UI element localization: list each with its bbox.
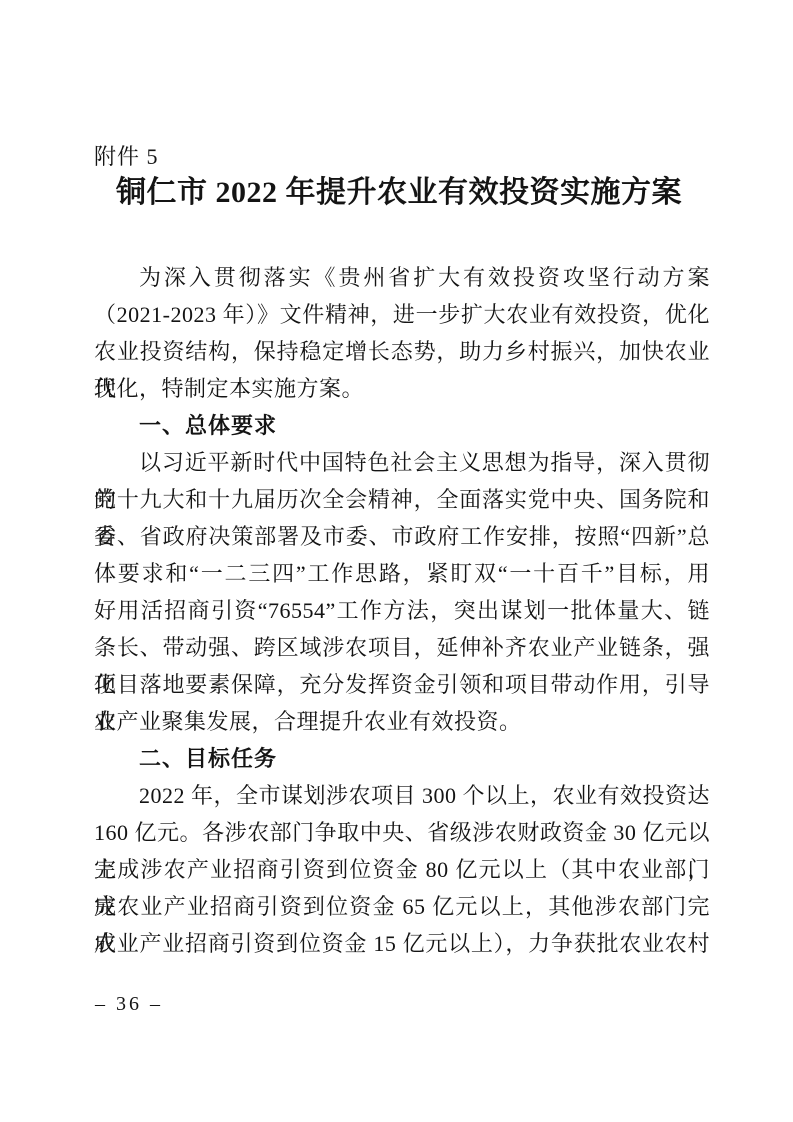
body-line: 委、省政府决策部署及市委、市政府工作安排，按照“四新”总 [94,518,710,555]
body-line: 以习近平新时代中国特色社会主义思想为指导，深入贯彻党 [94,444,710,481]
body-line: 项目落地要素保障，充分发挥资金引领和项目带动作用，引导农 [94,666,710,703]
body-line: 代化，特制定本实施方案。 [94,370,710,407]
body-line: 2022 年，全市谋划涉农项目 300 个以上，农业有效投资达 [94,777,710,814]
body-line: 好用活招商引资“76554”工作方法，突出谋划一批体量大、链 [94,592,710,629]
section-heading-2: 二、目标任务 [94,740,710,777]
body-line: 为深入贯彻落实《贵州省扩大有效投资攻坚行动方案 [94,259,710,296]
section-heading-1: 一、总体要求 [94,407,710,444]
body-line: 成农业产业招商引资到位资金 65 亿元以上，其他涉农部门完成 [94,888,710,925]
body-line: 业产业聚集发展，合理提升农业有效投资。 [94,703,710,740]
body-line: 条长、带动强、跨区域涉农项目，延伸补齐农业产业链条，强化 [94,629,710,666]
document-body: 为深入贯彻落实《贵州省扩大有效投资攻坚行动方案 （2021-2023 年）》文件… [94,259,710,962]
document-page: 附件 5 铜仁市 2022 年提升农业有效投资实施方案 为深入贯彻落实《贵州省扩… [0,0,793,1122]
page-number: – 36 – [95,992,163,1016]
body-line: 的十九大和十九届历次全会精神，全面落实党中央、国务院和省 [94,481,710,518]
body-line: （2021-2023 年）》文件精神，进一步扩大农业有效投资，优化 [94,296,710,333]
body-line: 体要求和“一二三四”工作思路，紧盯双“一十百千”目标，用 [94,555,710,592]
body-line: 农业投资结构，保持稳定增长态势，助力乡村振兴，加快农业现 [94,333,710,370]
body-line: 完成涉农产业招商引资到位资金 80 亿元以上（其中农业部门完 [94,851,710,888]
body-line: 160 亿元。各涉农部门争取中央、省级涉农财政资金 30 亿元以上， [94,814,710,851]
document-title: 铜仁市 2022 年提升农业有效投资实施方案 [89,174,709,212]
body-line: 农业产业招商引资到位资金 15 亿元以上），力争获批农业农村 [94,925,710,962]
attachment-label: 附件 5 [94,143,159,171]
